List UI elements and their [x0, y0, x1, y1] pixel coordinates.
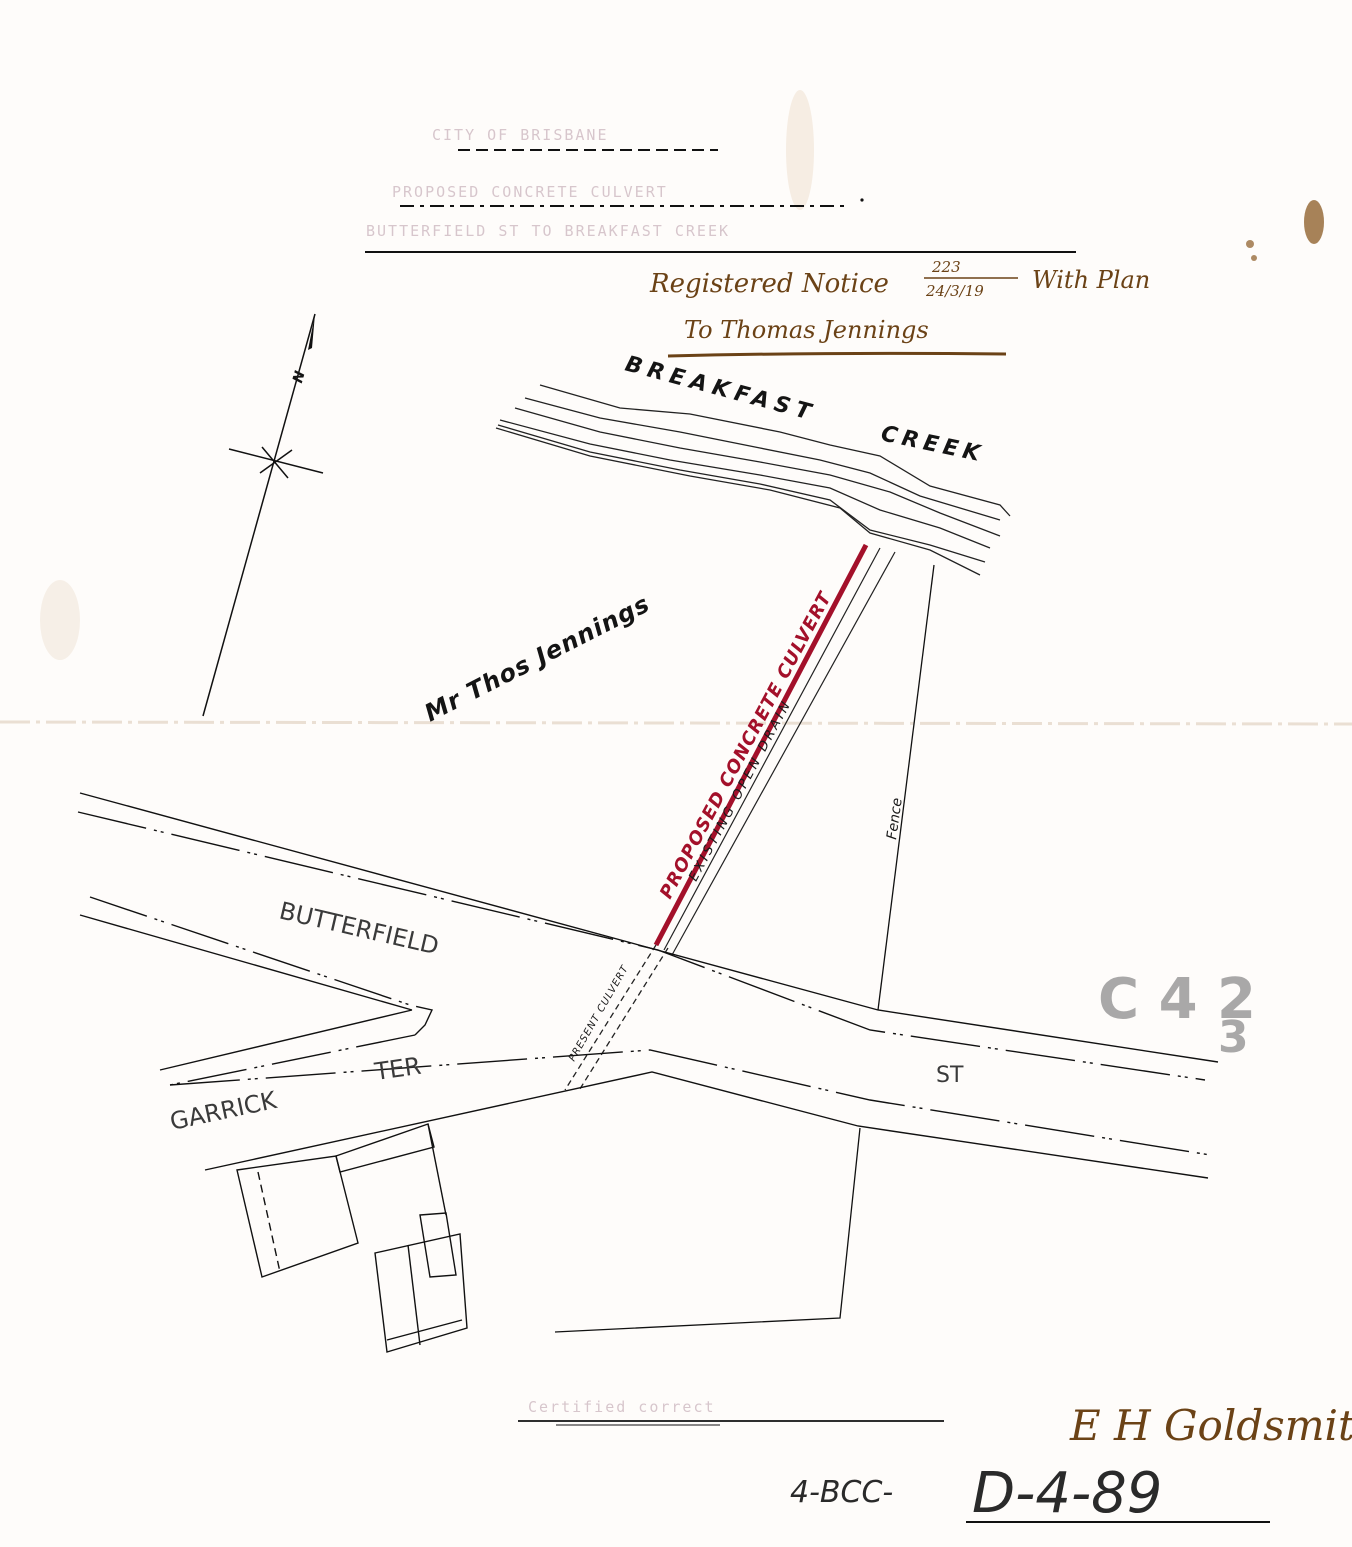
notice-date: 24/3/19	[925, 282, 984, 300]
header-line-3: BUTTERFIELD ST TO BREAKFAST CREEK	[366, 222, 730, 240]
fence-label: Fence	[884, 797, 906, 841]
reference-prefix: 4-BCC-	[790, 1475, 893, 1510]
butterfield-street	[78, 793, 1218, 1080]
garrick-terrace	[160, 1010, 1210, 1178]
header-line-2: PROPOSED CONCRETE CULVERT	[392, 183, 668, 201]
fence-line	[878, 565, 934, 1010]
breakfast-creek	[496, 385, 1010, 575]
footer-caption: Certified correct	[528, 1398, 716, 1416]
map-drawing: CITY OF BRISBANE PROPOSED CONCRETE CULVE…	[0, 0, 1352, 1547]
notice-with-plan: With Plan	[1032, 266, 1150, 294]
stamp: C 4 2 3	[1098, 967, 1256, 1063]
buildings	[237, 1124, 467, 1352]
header-line-1: CITY OF BRISBANE	[432, 126, 609, 144]
north-label: N	[290, 369, 309, 385]
signature: E H Goldsmith	[1069, 1401, 1352, 1450]
street-label-garrick: GARRICK	[167, 1086, 280, 1136]
street-label-ter: TER	[372, 1052, 423, 1086]
registered-notice-annotation: Registered Notice 223 24/3/19 With Plan …	[649, 258, 1150, 356]
paper-stains	[0, 90, 1352, 724]
creek-label-breakfast: BREAKFAST	[622, 352, 819, 427]
survey-plan-sheet: CITY OF BRISBANE PROPOSED CONCRETE CULVE…	[0, 0, 1352, 1547]
lot-boundary	[555, 1128, 860, 1332]
notice-recipient: To Thomas Jennings	[684, 316, 929, 344]
owner-label: Mr Thos Jennings	[420, 589, 654, 727]
street-label-butterfield: BUTTERFIELD	[277, 897, 442, 961]
street-label-st: ST	[936, 1063, 964, 1088]
stamp-line-2: 3	[1218, 1012, 1249, 1063]
north-arrow: N	[203, 314, 323, 716]
proposed-culvert-label: PROPOSED CONCRETE CULVERT	[656, 588, 837, 903]
existing-drain-label: EXISTING OPEN DRAIN	[686, 697, 795, 884]
notice-number: 223	[931, 258, 961, 276]
footer: Certified correct E H Goldsmith 4-BCC- D…	[518, 1398, 1352, 1526]
present-culvert-label: PRESENT CULVERT	[567, 964, 631, 1064]
reference-code: D-4-89	[972, 1461, 1162, 1526]
creek-label-creek: CREEK	[879, 421, 987, 467]
header-faded: CITY OF BRISBANE PROPOSED CONCRETE CULVE…	[365, 126, 1076, 252]
notice-text: Registered Notice	[649, 269, 889, 299]
